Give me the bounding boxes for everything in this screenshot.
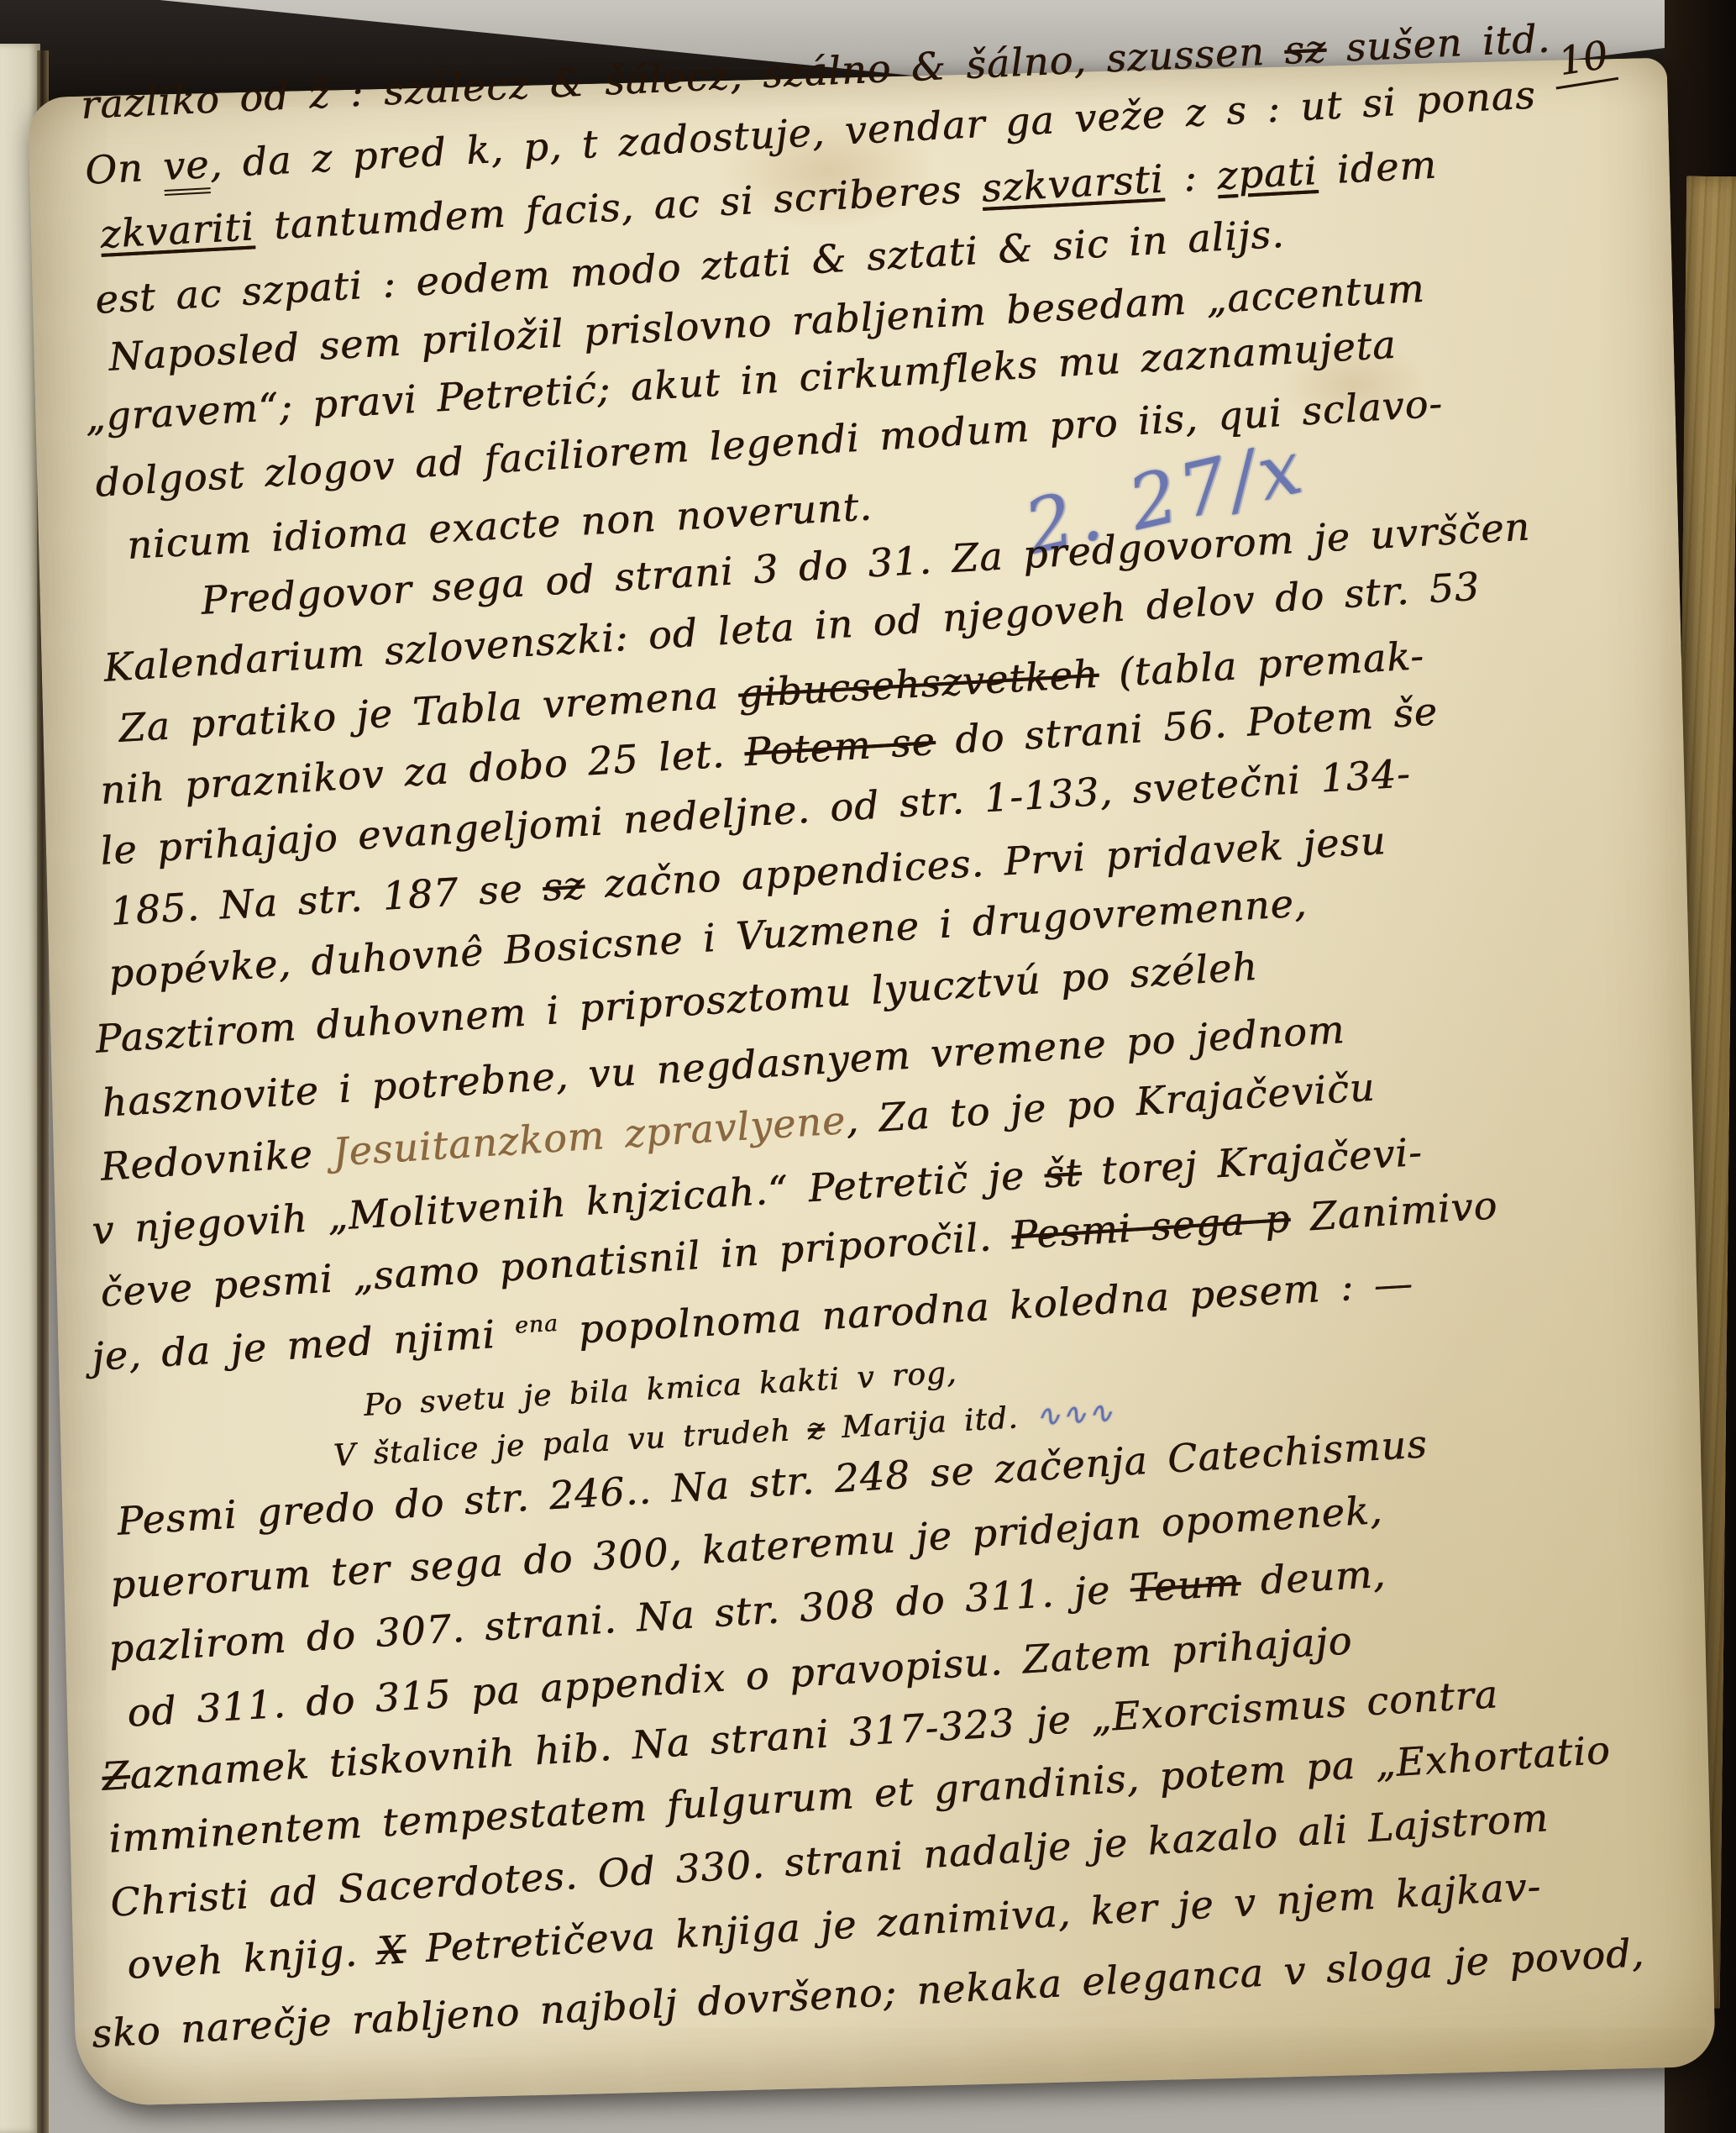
text-segment: oveh knjig. [126, 1928, 379, 1988]
text-segment: Jesuitanzkom zpravlyene [331, 1097, 847, 1174]
text-segment: Potem se [743, 718, 936, 775]
text-segment: (tabla premak- [1098, 633, 1425, 696]
text-segment: zpati [1216, 148, 1319, 198]
manuscript-text: 10 2. 27/x razliko od ž : szálecz & šále… [0, 0, 1736, 2133]
text-segment: Zanimivo [1288, 1182, 1498, 1240]
text-segment: ena [514, 1311, 559, 1339]
text-segment: gibucsehszvetkeh [737, 651, 1100, 717]
text-segment: Pesmi sega p [1010, 1195, 1292, 1258]
text-segment: Teum [1129, 1559, 1242, 1611]
text-segment: zkvariti [99, 203, 255, 257]
text-segment: sz [542, 862, 586, 910]
text-segment: Marija itd. [823, 1400, 1036, 1446]
text-segment: deum, [1239, 1551, 1387, 1605]
text-segment: On [84, 144, 165, 193]
text-segment: sz [1283, 26, 1327, 73]
text-segment: X [376, 1926, 407, 1973]
page-number: 10 [1549, 31, 1618, 90]
text-segment: szkvarsti [980, 156, 1164, 211]
text-segment: št [1043, 1149, 1083, 1197]
text-segment: torej Krajačevi- [1080, 1129, 1424, 1195]
text-segment: ∿∿∿ [1035, 1395, 1115, 1434]
text-segment: Redovnike [99, 1130, 334, 1190]
text-segment: idem [1316, 142, 1438, 193]
text-segment: : [1162, 153, 1218, 201]
photo-of-manuscript-page: 10 2. 27/x razliko od ž : szálecz & šále… [0, 0, 1736, 2133]
text-segment: sušen itd. [1325, 16, 1551, 71]
text-segment: je, da je med njimi [91, 1311, 517, 1379]
text-segment: Z [101, 1752, 131, 1799]
text-segment: 185. Na str. 187 se [109, 864, 544, 934]
text-segment: ve [162, 141, 211, 196]
